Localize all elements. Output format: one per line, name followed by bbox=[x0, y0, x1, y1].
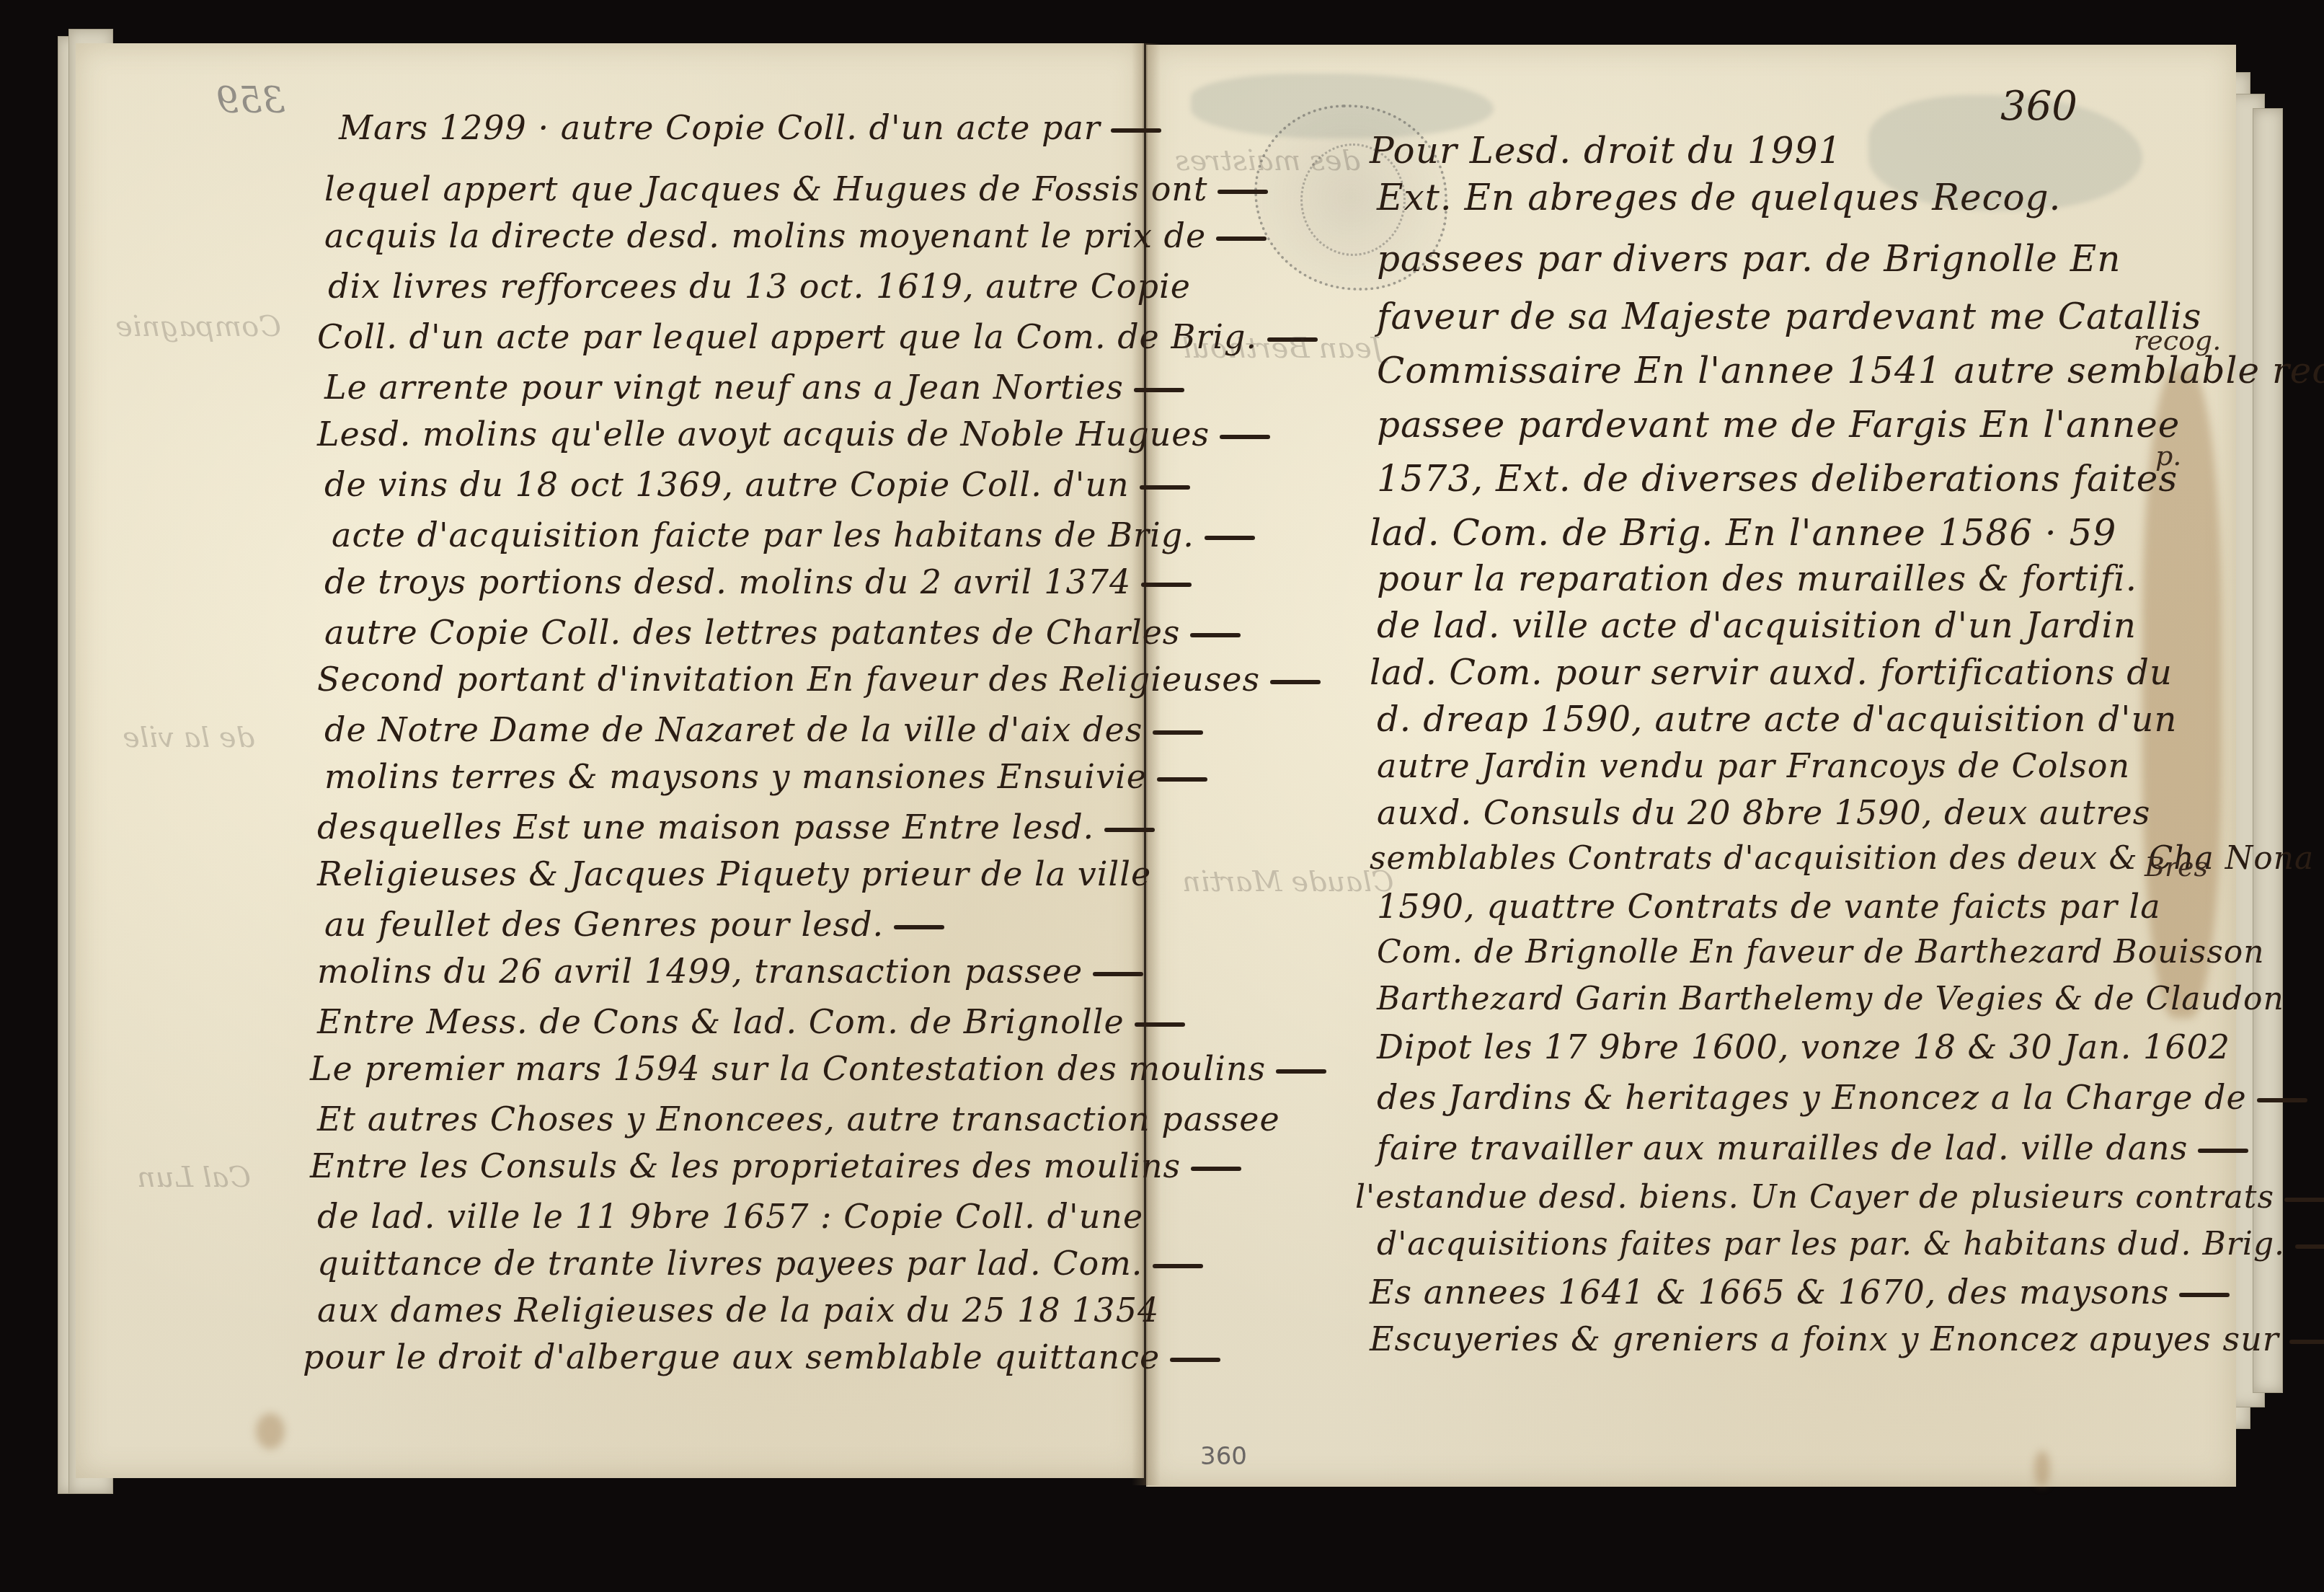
line-text: acquis la directe desd. molins moyenant … bbox=[324, 216, 1206, 255]
bleedthrough-text: Claude Martin bbox=[1182, 865, 1394, 898]
foxing-stain bbox=[256, 1413, 285, 1449]
line-text: lad. Com. pour servir auxd. fortificatio… bbox=[1370, 653, 2173, 693]
line-filler-dash bbox=[1153, 730, 1203, 735]
line-text: autre Copie Coll. des lettres patantes d… bbox=[324, 613, 1180, 652]
manuscript-line: Le premier mars 1594 sur la Contestation… bbox=[310, 1049, 1326, 1088]
line-text: des Jardins & heritages y Enoncez a la C… bbox=[1377, 1078, 2247, 1117]
line-filler-dash bbox=[2289, 1340, 2324, 1344]
manuscript-line: l'estandue desd. biens. Un Cayer de plus… bbox=[1355, 1179, 2324, 1216]
manuscript-line: lad. Com. de Brig. En l'annee 1586 · 59 bbox=[1370, 512, 2116, 554]
line-text: de vins du 18 oct 1369, autre Copie Coll… bbox=[324, 465, 1130, 504]
manuscript-line: acte d'acquisition faicte par les habita… bbox=[332, 516, 1255, 554]
line-text: Dipot les 17 9bre 1600, vonze 18 & 30 Ja… bbox=[1377, 1027, 2230, 1066]
line-text: de troys portions desd. molins du 2 avri… bbox=[324, 562, 1131, 601]
line-filler-dash bbox=[1191, 1167, 1241, 1171]
manuscript-line: pour la reparation des murailles & forti… bbox=[1377, 559, 2137, 599]
folio-number: 360 bbox=[2000, 83, 2077, 130]
line-text: de lad. ville acte d'acquisition d'un Ja… bbox=[1377, 606, 2137, 646]
manuscript-line: 1573, Ext. de diverses deliberations fai… bbox=[1377, 458, 2178, 500]
line-text: acte d'acquisition faicte par les habita… bbox=[332, 516, 1194, 554]
line-text: lad. Com. de Brig. En l'annee 1586 · 59 bbox=[1370, 512, 2116, 554]
line-filler-dash bbox=[1190, 633, 1241, 637]
line-text: dix livres refforcees du 13 oct. 1619, a… bbox=[328, 267, 1191, 306]
line-text: auxd. Consuls du 20 8bre 1590, deux autr… bbox=[1377, 793, 2150, 832]
manuscript-line: autre Jardin vendu par Francoys de Colso… bbox=[1377, 746, 2130, 785]
manuscript-line: quittance de trante livres payees par la… bbox=[317, 1244, 1203, 1283]
line-text: pour la reparation des murailles & forti… bbox=[1377, 559, 2137, 599]
line-text: 1590, quattre Contrats de vante faicts p… bbox=[1377, 887, 2161, 926]
manuscript-line: Pour Lesd. droit du 1991 bbox=[1370, 130, 1842, 172]
manuscript-line: d'acquisitions faites par les par. & hab… bbox=[1377, 1226, 2324, 1262]
pencil-folio-number: 360 bbox=[1200, 1442, 1247, 1471]
manuscript-line: Lesd. molins qu'elle avoyt acquis de Nob… bbox=[317, 415, 1270, 454]
margin-note: recog. bbox=[2134, 324, 2221, 356]
manuscript-line: lequel appert que Jacques & Hugues de Fo… bbox=[324, 169, 1268, 208]
manuscript-line: autre Copie Coll. des lettres patantes d… bbox=[324, 613, 1241, 652]
manuscript-line: Mars 1299 · autre Copie Coll. d'un acte … bbox=[339, 108, 1161, 147]
manuscript-line: dix livres refforcees du 13 oct. 1619, a… bbox=[328, 267, 1191, 306]
line-filler-dash bbox=[1093, 972, 1143, 976]
line-filler-dash bbox=[1276, 1069, 1326, 1074]
mirrored-folio-bleedthrough: 359 bbox=[216, 79, 285, 121]
line-text: molins du 26 avril 1499, transaction pas… bbox=[317, 952, 1083, 991]
manuscript-line: Es annees 1641 & 1665 & 1670, des mayson… bbox=[1370, 1273, 2230, 1312]
manuscript-line: Le arrente pour vingt neuf ans a Jean No… bbox=[324, 368, 1184, 407]
line-filler-dash bbox=[1205, 536, 1255, 540]
manuscript-line: aux dames Religieuses de la paix du 25 1… bbox=[317, 1291, 1159, 1330]
manuscript-line: acquis la directe desd. molins moyenant … bbox=[324, 216, 1267, 255]
line-filler-dash bbox=[2198, 1149, 2248, 1153]
line-text: molins terres & maysons y mansiones Ensu… bbox=[324, 757, 1147, 796]
manuscript-line: Religieuses & Jacques Piquety prieur de … bbox=[317, 854, 1151, 893]
line-text: Le arrente pour vingt neuf ans a Jean No… bbox=[324, 368, 1124, 407]
bleedthrough-text: Jean Berthoul bbox=[1182, 332, 1383, 365]
line-filler-dash bbox=[1111, 128, 1161, 133]
line-filler-dash bbox=[1140, 485, 1190, 490]
line-filler-dash bbox=[1141, 583, 1192, 587]
line-filler-dash bbox=[1218, 190, 1268, 194]
manuscript-line: Coll. d'un acte par lequel appert que la… bbox=[317, 317, 1318, 356]
line-text: de lad. ville le 11 9bre 1657 : Copie Co… bbox=[317, 1197, 1143, 1236]
manuscript-line: passees par divers par. de Brignolle En bbox=[1377, 238, 2121, 280]
line-text: Second portant d'invitation En faveur de… bbox=[317, 660, 1260, 699]
manuscript-line: de troys portions desd. molins du 2 avri… bbox=[324, 562, 1192, 601]
line-text: Mars 1299 · autre Copie Coll. d'un acte … bbox=[339, 108, 1101, 147]
line-text: Entre Mess. de Cons & lad. Com. de Brign… bbox=[317, 1002, 1125, 1041]
line-text: lequel appert que Jacques & Hugues de Fo… bbox=[324, 169, 1207, 208]
line-filler-dash bbox=[1220, 435, 1270, 439]
line-text: Barthezard Garin Barthelemy de Vegies & … bbox=[1377, 981, 2284, 1017]
manuscript-line: d. dreap 1590, autre acte d'acquisition … bbox=[1377, 699, 2177, 740]
line-text: passees par divers par. de Brignolle En bbox=[1377, 238, 2121, 280]
manuscript-line: faveur de sa Majeste pardevant me Catall… bbox=[1377, 296, 2201, 337]
manuscript-line: molins terres & maysons y mansiones Ensu… bbox=[324, 757, 1207, 796]
margin-note: Bres bbox=[2145, 851, 2208, 883]
manuscript-line: de lad. ville acte d'acquisition d'un Ja… bbox=[1377, 606, 2137, 646]
manuscript-line: de lad. ville le 11 9bre 1657 : Copie Co… bbox=[317, 1197, 1143, 1236]
line-text: passee pardevant me de Fargis En l'annee bbox=[1377, 404, 2180, 446]
bleedthrough-text: Cal Lun bbox=[137, 1161, 251, 1194]
line-text: Lesd. molins qu'elle avoyt acquis de Nob… bbox=[317, 415, 1210, 454]
line-text: desquelles Est une maison passe Entre le… bbox=[317, 808, 1094, 846]
line-filler-dash bbox=[894, 925, 944, 929]
manuscript-line: faire travailler aux murailles de lad. v… bbox=[1377, 1128, 2248, 1167]
line-text: 1573, Ext. de diverses deliberations fai… bbox=[1377, 458, 2178, 500]
line-text: Es annees 1641 & 1665 & 1670, des mayson… bbox=[1370, 1273, 2169, 1312]
manuscript-line: Escuyeries & greniers a foinx y Enoncez … bbox=[1370, 1319, 2324, 1358]
margin-note: p. bbox=[2155, 440, 2181, 472]
manuscript-line: molins du 26 avril 1499, transaction pas… bbox=[317, 952, 1143, 991]
line-text: Et autres Choses y Enoncees, autre trans… bbox=[317, 1100, 1280, 1138]
manuscript-line: desquelles Est une maison passe Entre le… bbox=[317, 808, 1155, 846]
line-filler-dash bbox=[2179, 1293, 2230, 1297]
line-text: de Notre Dame de Nazaret de la ville d'a… bbox=[324, 710, 1143, 749]
line-filler-dash bbox=[1216, 236, 1267, 241]
line-filler-dash bbox=[2284, 1198, 2324, 1202]
manuscript-line: Second portant d'invitation En faveur de… bbox=[317, 660, 1321, 699]
manuscript-line: Dipot les 17 9bre 1600, vonze 18 & 30 Ja… bbox=[1377, 1027, 2230, 1066]
manuscript-line: Ext. En abreges de quelques Recog. bbox=[1377, 177, 2062, 218]
manuscript-line: Com. de Brignolle En faveur de Barthezar… bbox=[1377, 934, 2265, 970]
manuscript-line: Et autres Choses y Enoncees, autre trans… bbox=[317, 1100, 1280, 1138]
bleedthrough-text: des maistres bbox=[1175, 144, 1360, 177]
line-text: Escuyeries & greniers a foinx y Enoncez … bbox=[1370, 1319, 2279, 1358]
line-filler-dash bbox=[2257, 1098, 2307, 1102]
manuscript-line: des Jardins & heritages y Enoncez a la C… bbox=[1377, 1078, 2307, 1117]
line-filler-dash bbox=[1157, 777, 1207, 782]
line-text: faveur de sa Majeste pardevant me Catall… bbox=[1377, 296, 2201, 337]
manuscript-line: au feullet des Genres pour lesd. bbox=[324, 905, 944, 944]
line-text: d'acquisitions faites par les par. & hab… bbox=[1377, 1226, 2285, 1262]
manuscript-line: de Notre Dame de Nazaret de la ville d'a… bbox=[324, 710, 1203, 749]
line-filler-dash bbox=[1135, 1022, 1185, 1027]
line-text: Entre les Consuls & les proprietaires de… bbox=[310, 1146, 1181, 1185]
line-text: Religieuses & Jacques Piquety prieur de … bbox=[317, 854, 1151, 893]
line-filler-dash bbox=[1104, 828, 1155, 832]
line-text: Com. de Brignolle En faveur de Barthezar… bbox=[1377, 934, 2265, 970]
line-text: d. dreap 1590, autre acte d'acquisition … bbox=[1377, 699, 2177, 740]
line-text: aux dames Religieuses de la paix du 25 1… bbox=[317, 1291, 1159, 1330]
line-filler-dash bbox=[1170, 1358, 1220, 1362]
line-text: Pour Lesd. droit du 1991 bbox=[1370, 130, 1842, 172]
manuscript-line: Entre les Consuls & les proprietaires de… bbox=[310, 1146, 1241, 1185]
manuscript-line: auxd. Consuls du 20 8bre 1590, deux autr… bbox=[1377, 793, 2150, 832]
line-filler-dash bbox=[1153, 1264, 1203, 1268]
manuscript-line: passee pardevant me de Fargis En l'annee bbox=[1377, 404, 2180, 446]
line-text: quittance de trante livres payees par la… bbox=[317, 1244, 1143, 1283]
line-text: l'estandue desd. biens. Un Cayer de plus… bbox=[1355, 1179, 2274, 1216]
bleedthrough-text: Compagnie bbox=[115, 310, 281, 343]
bleedthrough-text: de la vile bbox=[123, 721, 254, 754]
manuscript-line: pour le droit d'albergue aux semblable q… bbox=[303, 1337, 1220, 1376]
line-filler-dash bbox=[1134, 388, 1184, 392]
brown-stain bbox=[2034, 1451, 2050, 1487]
line-text: au feullet des Genres pour lesd. bbox=[324, 905, 884, 944]
line-text: Le premier mars 1594 sur la Contestation… bbox=[310, 1049, 1266, 1088]
line-text: Coll. d'un acte par lequel appert que la… bbox=[317, 317, 1257, 356]
line-filler-dash bbox=[1270, 680, 1321, 684]
line-text: faire travailler aux murailles de lad. v… bbox=[1377, 1128, 2188, 1167]
manuscript-line: 1590, quattre Contrats de vante faicts p… bbox=[1377, 887, 2161, 926]
line-text: Ext. En abreges de quelques Recog. bbox=[1377, 177, 2062, 218]
manuscript-line: Barthezard Garin Barthelemy de Vegies & … bbox=[1377, 981, 2284, 1017]
manuscript-line: Entre Mess. de Cons & lad. Com. de Brign… bbox=[317, 1002, 1185, 1041]
manuscript-line: lad. Com. pour servir auxd. fortificatio… bbox=[1370, 653, 2173, 693]
line-text: autre Jardin vendu par Francoys de Colso… bbox=[1377, 746, 2130, 785]
line-filler-dash bbox=[2295, 1244, 2324, 1249]
manuscript-line: de vins du 18 oct 1369, autre Copie Coll… bbox=[324, 465, 1190, 504]
line-text: pour le droit d'albergue aux semblable q… bbox=[303, 1337, 1160, 1376]
